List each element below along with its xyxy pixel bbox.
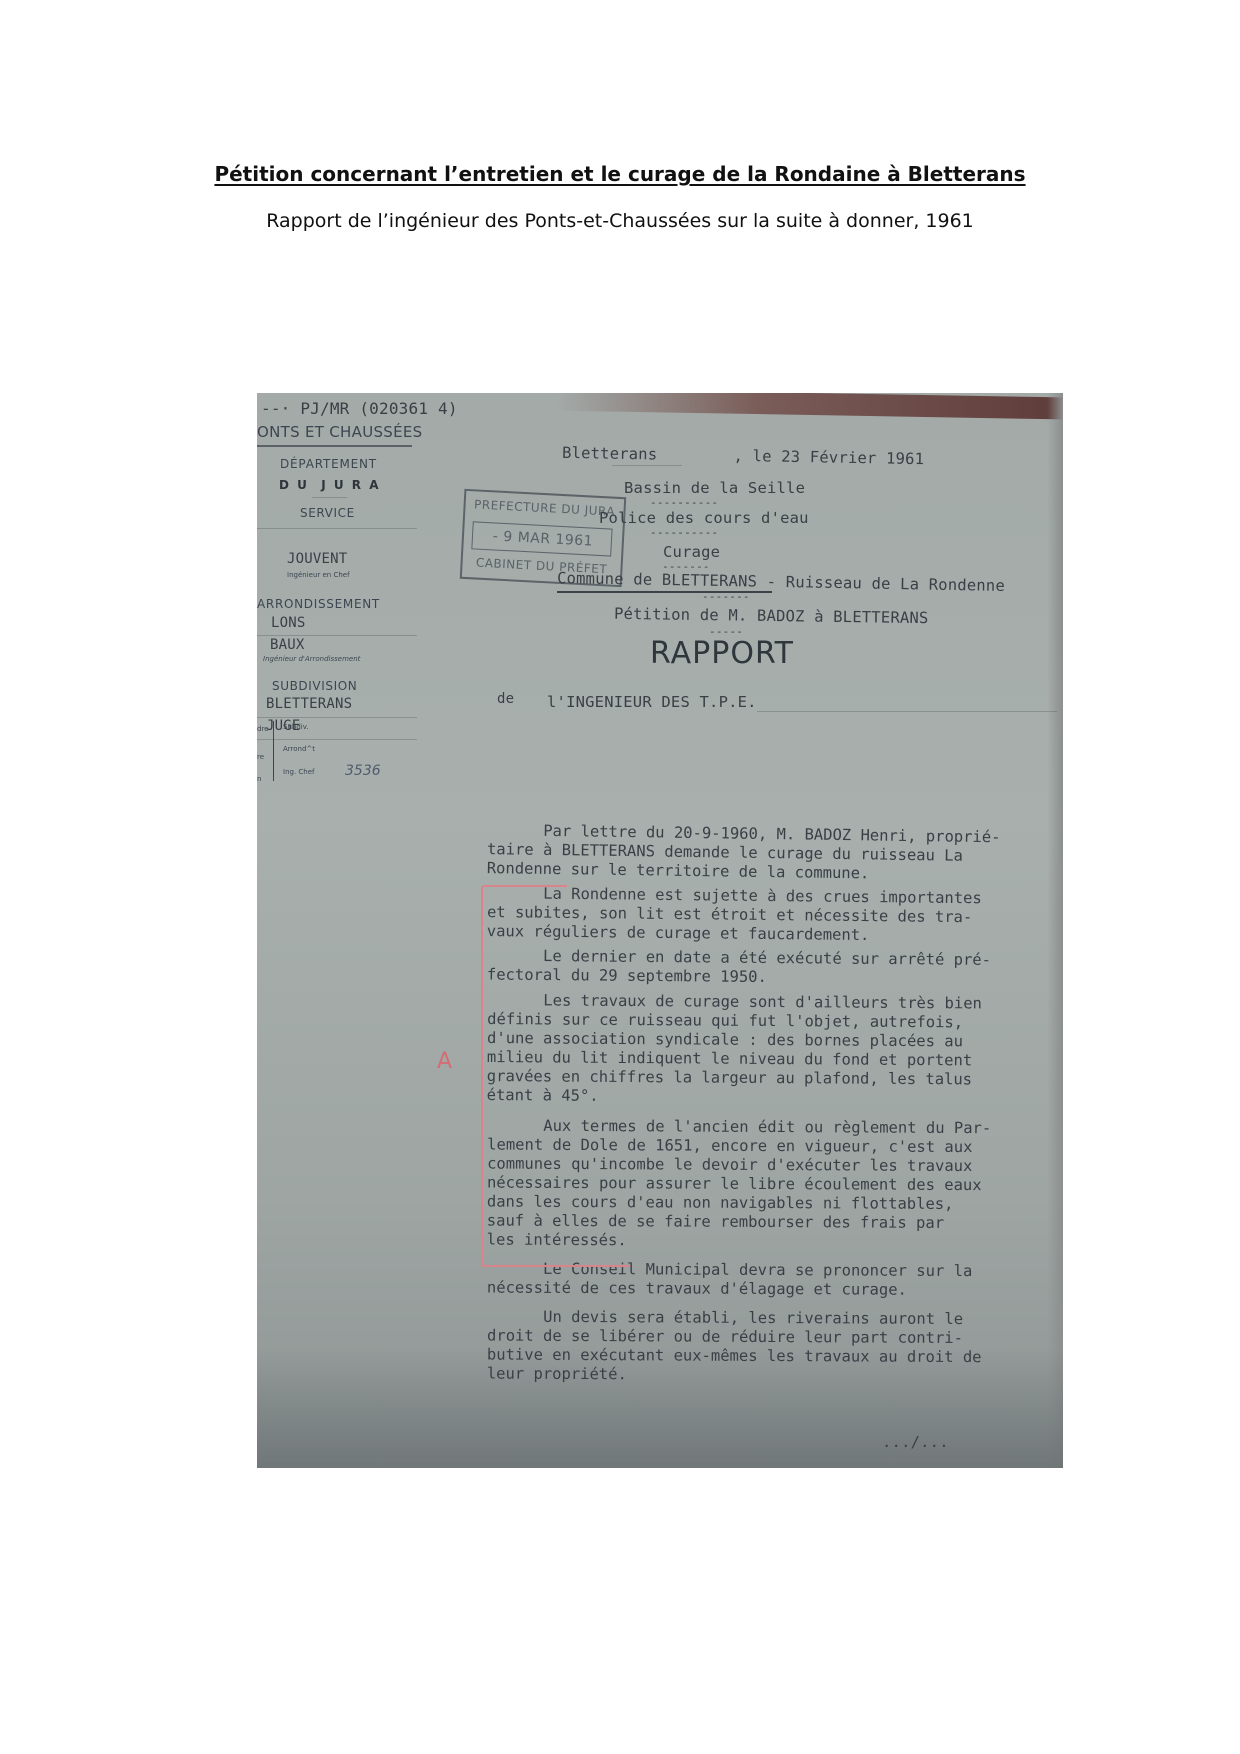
arrondissement-engineer: BAUX	[270, 637, 305, 653]
header-line-basin: Bassin de la Seille	[624, 479, 805, 497]
red-bracket-bottom	[481, 1265, 629, 1267]
header-line-police: Police des cours d'eau	[599, 509, 809, 527]
registry-prefix: dre	[257, 725, 268, 733]
photo-right-edge	[1047, 393, 1063, 1468]
divider	[257, 739, 417, 740]
header-line-petition: Pétition de M. BADOZ à BLETTERANS	[614, 605, 929, 627]
divider	[312, 497, 347, 498]
text-line: étant à 45°.	[487, 1086, 1047, 1109]
body-paragraph: Par lettre du 20-9-1960, M. BADOZ Henri,…	[487, 821, 1048, 886]
report-title: RAPPORT	[650, 636, 794, 671]
body-paragraph: Le dernier en date a été exécuté sur arr…	[487, 947, 1047, 990]
report-de: de	[497, 691, 514, 707]
arrondissement-label: ARRONDISSEMENT	[257, 597, 380, 611]
page-title: Pétition concernant l’entretien et le cu…	[0, 162, 1240, 186]
header-dash: -------	[702, 590, 750, 603]
photo-shadow	[257, 1348, 1063, 1468]
photo-background-edge	[557, 393, 1063, 419]
chief-name: JOUVENT	[287, 551, 347, 567]
text-line: les intéressés.	[487, 1231, 1047, 1253]
registry-label: Arrond^t	[283, 745, 315, 753]
departement-label: DÉPARTEMENT	[280, 457, 377, 471]
page-title-text: Pétition concernant l’entretien et le cu…	[214, 162, 1025, 186]
registry-prefix: n	[257, 775, 261, 783]
reference-number: --· PJ/MR (020361 4)	[261, 399, 458, 418]
divider	[257, 528, 417, 529]
dotted-line	[757, 711, 1057, 712]
subdivision-label: SUBDIVISION	[272, 679, 357, 693]
letterhead-rule	[257, 445, 412, 447]
registry-label: Ing. Chef	[283, 768, 315, 776]
document-photo: --· PJ/MR (020361 4) ONTS ET CHAUSSÉES D…	[257, 393, 1063, 1468]
margin-annotation: A	[437, 1049, 452, 1074]
body-paragraph: Les travaux de curage sont d'ailleurs tr…	[487, 991, 1048, 1109]
registry-label: Subdiv.	[283, 723, 309, 731]
header-dash: ----------	[650, 496, 718, 509]
service-label: SERVICE	[300, 506, 355, 520]
service-name: ONTS ET CHAUSSÉES	[257, 423, 423, 441]
header-line-curage: Curage	[663, 543, 720, 561]
registry-number: 3536	[345, 763, 381, 779]
subdivision-value: BLETTERANS	[266, 696, 352, 712]
registry-prefix: re	[257, 753, 264, 761]
body-paragraph: Aux termes de l'ancien édit ou règlement…	[487, 1117, 1048, 1253]
page-subtitle: Rapport de l’ingénieur des Ponts-et-Chau…	[0, 210, 1240, 232]
departement-value: D U J U R A	[279, 478, 381, 492]
red-bracket-top	[483, 885, 567, 887]
header-dash: ----------	[650, 526, 718, 539]
dotted-line	[612, 465, 682, 466]
arrondissement-value: LONS	[271, 615, 306, 631]
chief-title: Ingénieur en Chef	[287, 571, 350, 579]
text-line: nécessité de ces travaux d'élagage et cu…	[487, 1279, 1047, 1301]
divider	[257, 635, 417, 636]
body-paragraph: La Rondenne est sujette à des crues impo…	[487, 884, 1048, 947]
red-bracket-side	[481, 886, 483, 1266]
registry-bracket	[273, 721, 274, 781]
report-author: l'INGENIEUR DES T.P.E.	[547, 693, 757, 711]
arrondissement-engineer-title: Ingénieur d'Arrondissement	[263, 655, 360, 663]
